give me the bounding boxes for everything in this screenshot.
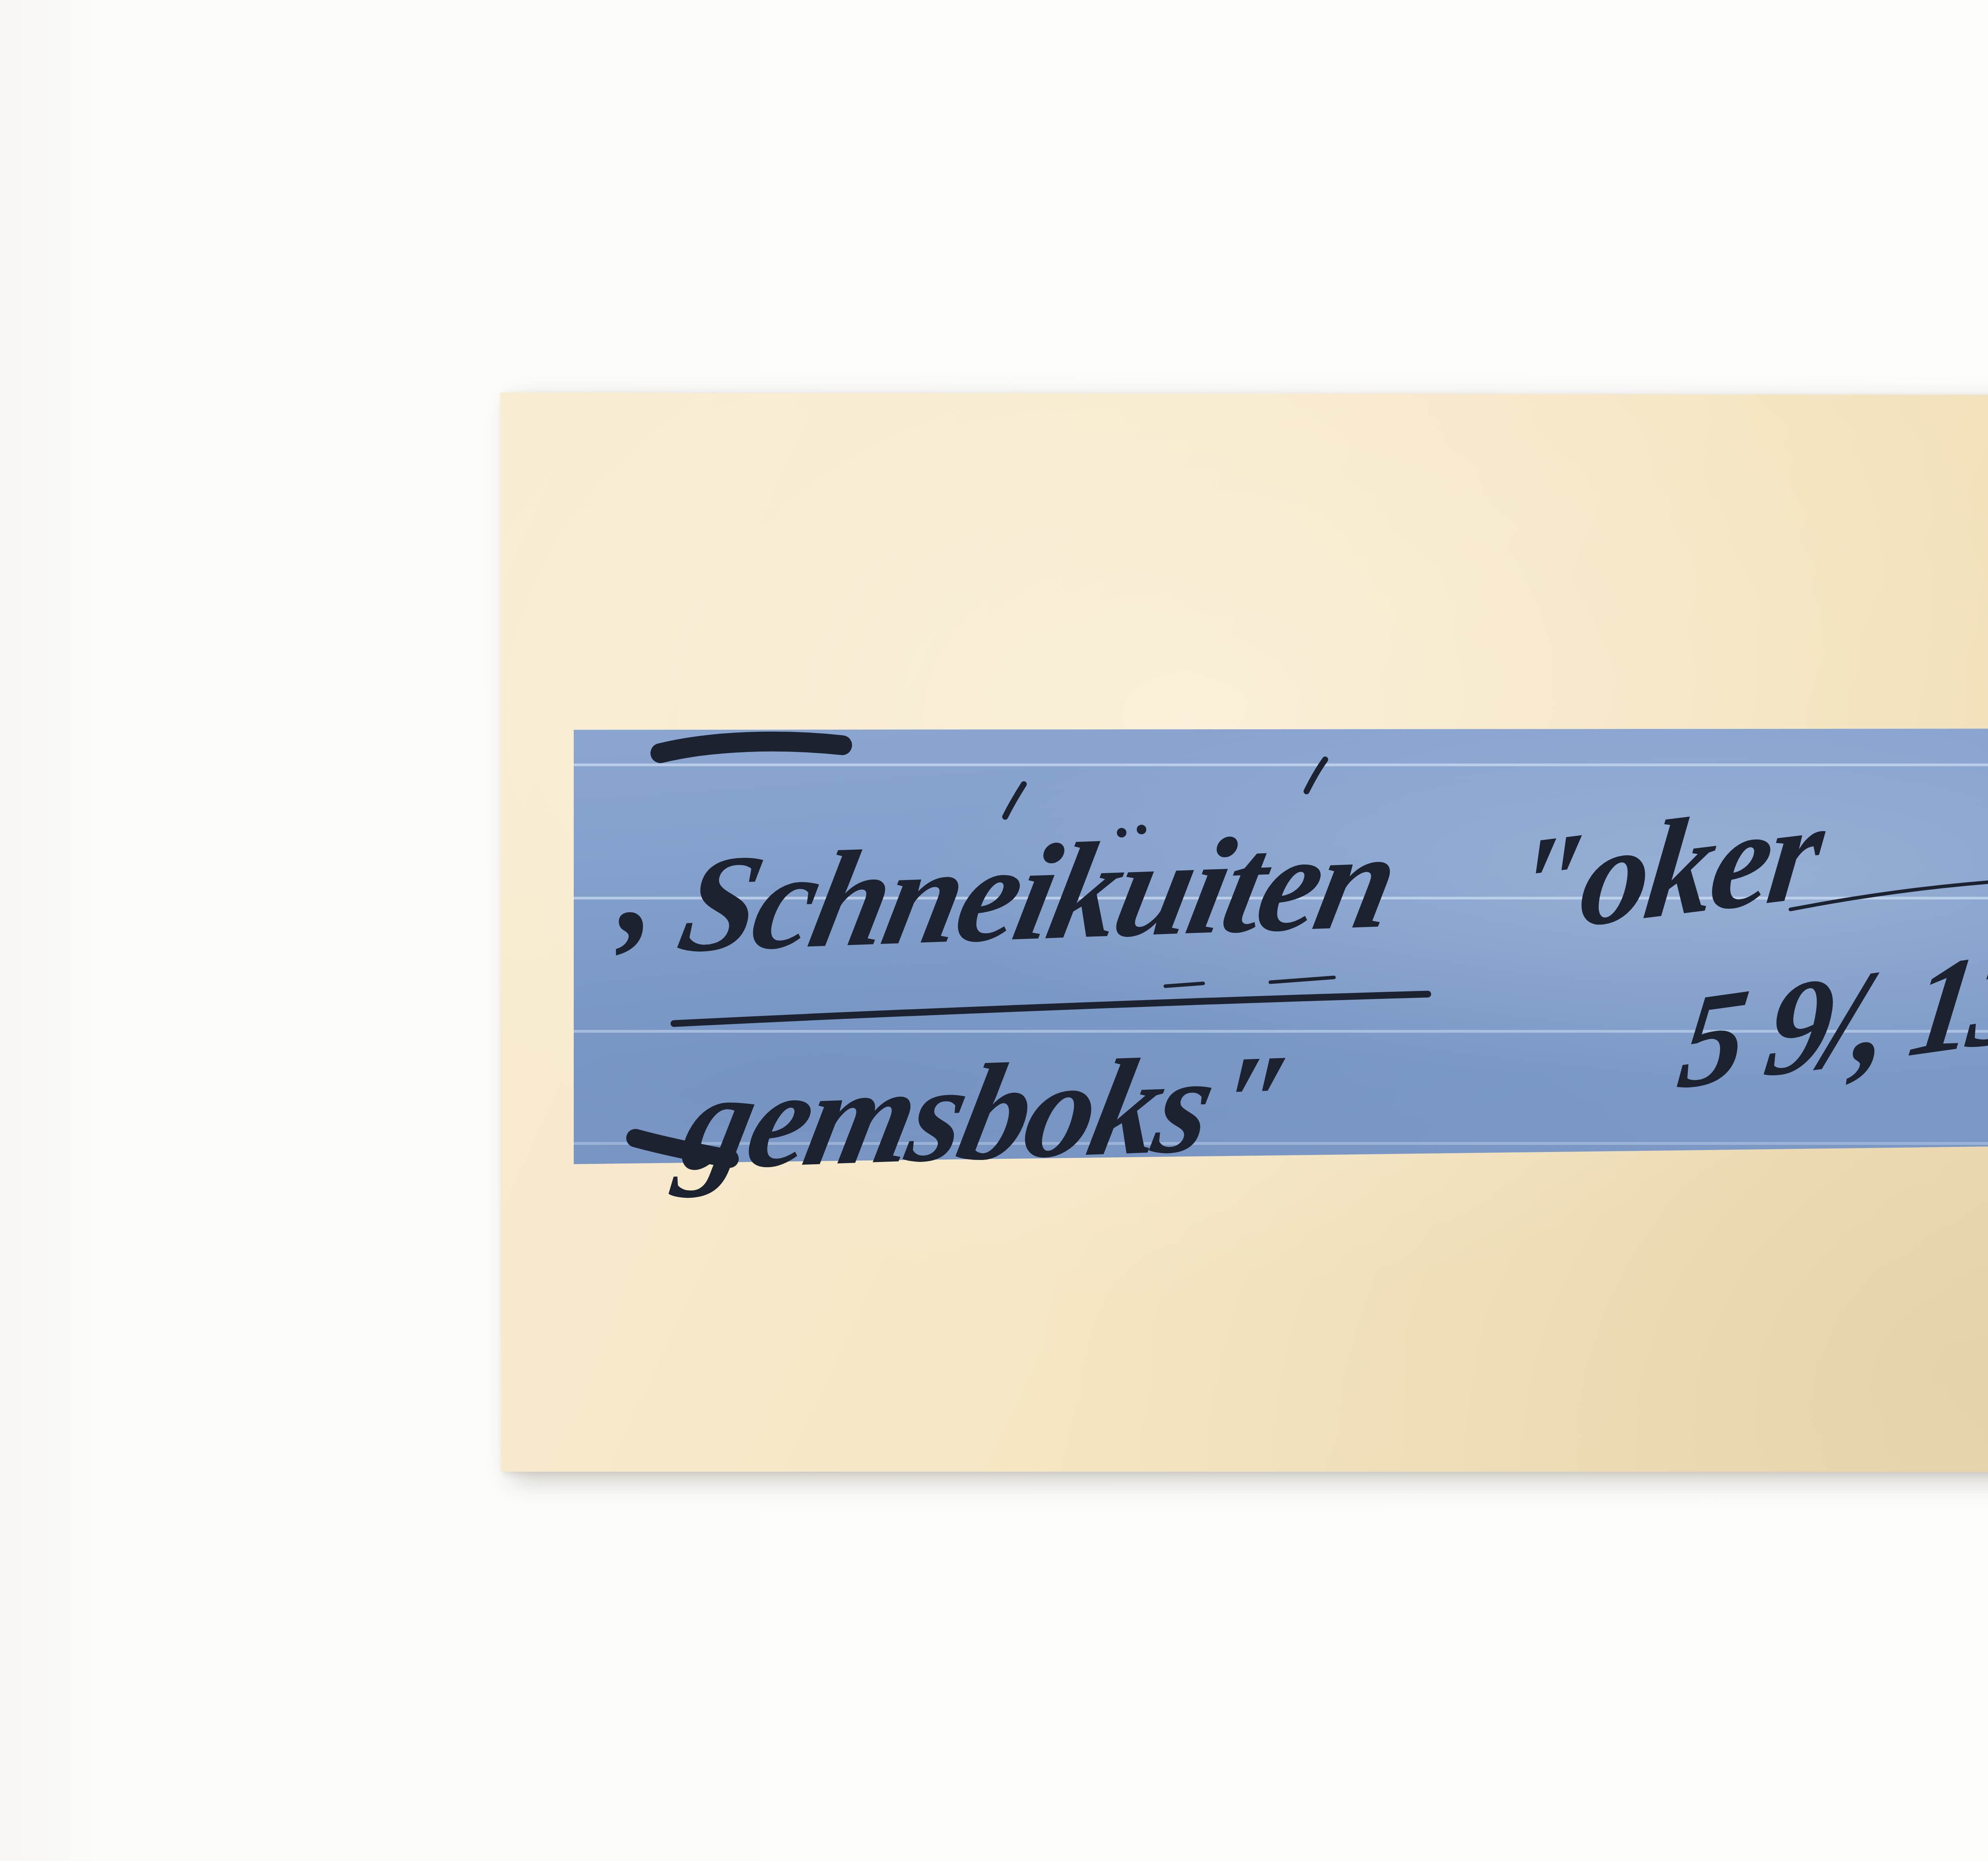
handwriting-line1-quoted: "oker <box>1501 771 1835 965</box>
flourish-tail <box>1790 876 1988 909</box>
handwriting-line1: Schneikuiten <box>668 803 1409 981</box>
photo-background: ‚ Schneikuiten "oker gemsboks" <box>0 0 1988 1861</box>
low-open-quote: ‚ <box>613 806 658 964</box>
card-shadow-wrap: ‚ Schneikuiten "oker gemsboks" <box>500 392 1988 1472</box>
handwriting-numbers: 5 9/, 13, <box>1671 915 1988 1118</box>
underline-stroke <box>674 994 1428 1024</box>
underline-dash <box>1165 983 1203 986</box>
cream-paper-card: ‚ Schneikuiten "oker gemsboks" <box>500 392 1988 1472</box>
registration-mark-top-left <box>660 742 842 753</box>
ink-dot <box>1137 825 1146 834</box>
accent-tick <box>1005 784 1024 817</box>
handwriting-line2: gemsboks" <box>666 1025 1298 1200</box>
underline-dash <box>1270 977 1334 982</box>
ink-dot <box>1117 828 1126 837</box>
handwriting-layer: ‚ Schneikuiten "oker gemsboks" <box>574 728 1988 1222</box>
accent-tick <box>1307 760 1325 791</box>
